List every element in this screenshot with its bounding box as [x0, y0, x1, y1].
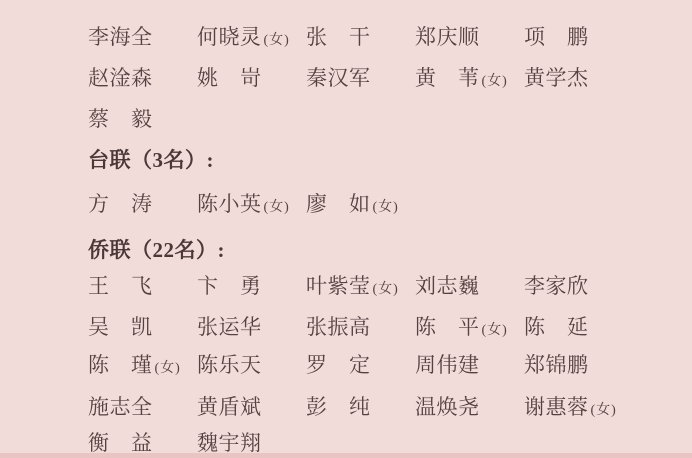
name-row: 王 飞卞 勇叶紫莹(女)刘志巍李家欣 [88, 270, 633, 294]
person-name: 刘志巍 [415, 270, 480, 300]
female-marker: (女) [155, 361, 181, 376]
person-name: 陈乐天 [197, 349, 262, 379]
person-name: 张振高 [306, 311, 371, 341]
person-name: 周伟建 [415, 349, 480, 379]
name-slot: 卞 勇 [197, 270, 306, 300]
name-slot: 黄盾斌 [197, 391, 306, 421]
person-name: 郑庆顺 [415, 21, 480, 51]
name-slot: 吴 凯 [88, 311, 197, 341]
name-row: 吴 凯张运华张振高陈 平(女)陈 延 [88, 311, 633, 335]
name-slot: 陈小英(女) [197, 188, 306, 218]
person-name: 陈小英 [197, 188, 262, 218]
female-marker: (女) [373, 282, 399, 297]
name-row: 赵淦森姚 岢秦汉军黄 苇(女)黄学杰 [88, 62, 633, 86]
name-row: 方 涛陈小英(女)廖 如(女) [88, 188, 415, 212]
person-name: 何晓灵 [197, 21, 262, 51]
female-marker: (女) [482, 74, 508, 89]
name-slot: 陈 平(女) [415, 311, 524, 341]
person-name: 陈 延 [524, 311, 589, 341]
person-name: 张 干 [306, 21, 371, 51]
name-row: 李海全何晓灵(女)张 干郑庆顺项 鹏 [88, 21, 633, 45]
person-name: 罗 定 [306, 349, 371, 379]
person-name: 郑锦鹏 [524, 349, 589, 379]
female-marker: (女) [264, 200, 290, 215]
name-slot: 罗 定 [306, 349, 415, 379]
person-name: 黄学杰 [524, 62, 589, 92]
person-name: 魏宇翔 [197, 427, 262, 457]
person-name: 方 涛 [88, 188, 153, 218]
person-name: 姚 岢 [197, 62, 262, 92]
name-slot: 温焕尧 [415, 391, 524, 421]
name-row: 陈 瑾(女)陈乐天罗 定周伟建郑锦鹏 [88, 349, 633, 373]
name-slot: 陈乐天 [197, 349, 306, 379]
name-slot: 项 鹏 [524, 21, 633, 51]
name-slot: 王 飞 [88, 270, 197, 300]
name-slot: 黄学杰 [524, 62, 633, 92]
name-slot: 张振高 [306, 311, 415, 341]
person-name: 蔡 毅 [88, 103, 153, 133]
name-slot: 张 干 [306, 21, 415, 51]
name-slot: 蔡 毅 [88, 103, 197, 133]
section-heading: 侨联（22名）: [88, 234, 225, 258]
name-row: 蔡 毅 [88, 103, 197, 127]
female-marker: (女) [482, 323, 508, 338]
name-slot: 谢惠蓉(女) [524, 391, 633, 421]
person-name: 陈 瑾 [88, 349, 153, 379]
female-marker: (女) [591, 403, 617, 418]
name-slot: 陈 瑾(女) [88, 349, 197, 379]
person-name: 黄盾斌 [197, 391, 262, 421]
person-name: 秦汉军 [306, 62, 371, 92]
name-slot: 衡 益 [88, 427, 197, 457]
name-slot: 施志全 [88, 391, 197, 421]
person-name: 彭 纯 [306, 391, 371, 421]
name-slot: 李家欣 [524, 270, 633, 300]
document-page: 李海全何晓灵(女)张 干郑庆顺项 鹏赵淦森姚 岢秦汉军黄 苇(女)黄学杰蔡 毅台… [0, 0, 692, 458]
person-name: 王 飞 [88, 270, 153, 300]
name-slot: 陈 延 [524, 311, 633, 341]
person-name: 李海全 [88, 21, 153, 51]
name-slot: 廖 如(女) [306, 188, 415, 218]
female-marker: (女) [264, 33, 290, 48]
name-slot: 何晓灵(女) [197, 21, 306, 51]
person-name: 衡 益 [88, 427, 153, 457]
person-name: 项 鹏 [524, 21, 589, 51]
person-name: 叶紫莹 [306, 270, 371, 300]
name-slot: 刘志巍 [415, 270, 524, 300]
section-heading: 台联（3名）: [88, 144, 214, 168]
name-slot: 彭 纯 [306, 391, 415, 421]
name-slot: 黄 苇(女) [415, 62, 524, 92]
person-name: 谢惠蓉 [524, 391, 589, 421]
person-name: 廖 如 [306, 188, 371, 218]
name-row: 衡 益魏宇翔 [88, 427, 306, 451]
person-name: 温焕尧 [415, 391, 480, 421]
name-slot: 李海全 [88, 21, 197, 51]
name-slot: 方 涛 [88, 188, 197, 218]
name-slot: 姚 岢 [197, 62, 306, 92]
name-slot: 郑庆顺 [415, 21, 524, 51]
person-name: 施志全 [88, 391, 153, 421]
name-slot: 秦汉军 [306, 62, 415, 92]
person-name: 黄 苇 [415, 62, 480, 92]
name-slot: 叶紫莹(女) [306, 270, 415, 300]
female-marker: (女) [373, 200, 399, 215]
name-slot: 魏宇翔 [197, 427, 306, 457]
name-slot: 张运华 [197, 311, 306, 341]
name-row: 施志全黄盾斌彭 纯温焕尧谢惠蓉(女) [88, 391, 633, 415]
name-slot: 周伟建 [415, 349, 524, 379]
person-name: 李家欣 [524, 270, 589, 300]
person-name: 吴 凯 [88, 311, 153, 341]
name-slot: 郑锦鹏 [524, 349, 633, 379]
person-name: 卞 勇 [197, 270, 262, 300]
name-slot: 赵淦森 [88, 62, 197, 92]
person-name: 陈 平 [415, 311, 480, 341]
person-name: 赵淦森 [88, 62, 153, 92]
person-name: 张运华 [197, 311, 262, 341]
